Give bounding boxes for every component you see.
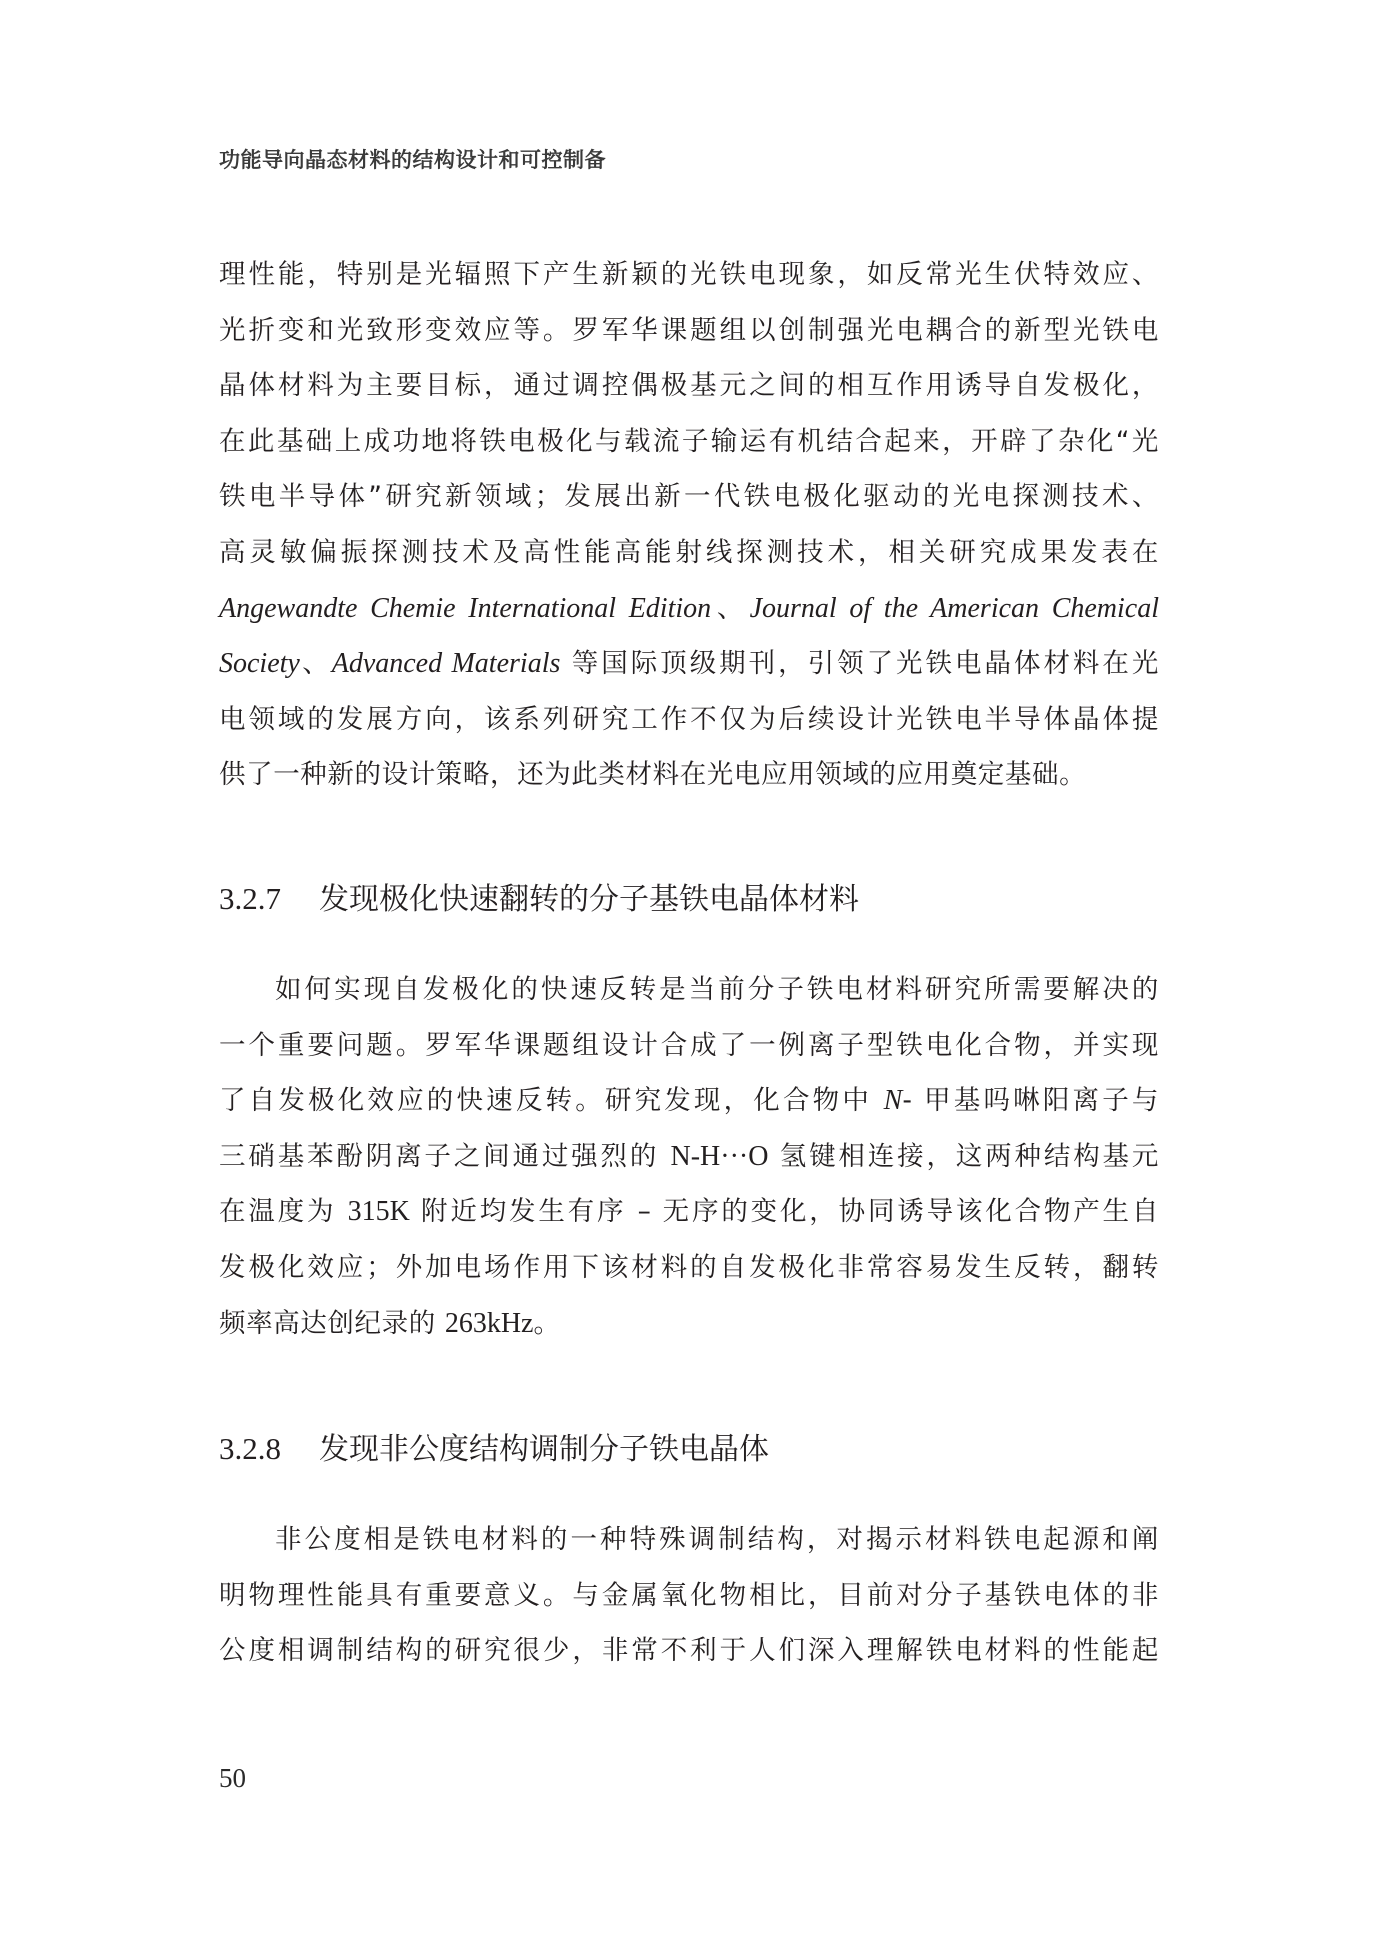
text-line: 供了一种新的设计策略，还为此类材料在光电应用领域的应用奠定基础。 — [219, 747, 1159, 803]
cjk-text: 明物理性能具有重要意义。与金属氧化物相比，目前对分子基铁电体的非 — [219, 1580, 1159, 1611]
text-line: 在温度为 315K 附近均发生有序 – 无序的变化，协同诱导该化合物产生自 — [219, 1184, 1159, 1240]
section-number: 3.2.7 — [219, 881, 319, 917]
text-line: 明物理性能具有重要意义。与金属氧化物相比，目前对分子基铁电体的非 — [219, 1568, 1159, 1624]
section-3-2-8-paragraph: 非公度相是铁电材料的一种特殊调制结构，对揭示材料铁电起源和阐 明物理性能具有重要… — [219, 1512, 1159, 1679]
text-line: 高灵敏偏振探测技术及高性能高能射线探测技术，相关研究成果发表在 — [219, 525, 1159, 581]
cjk-text: 附近均发生有序 – 无序的变化，协同诱导该化合物产生自 — [410, 1196, 1159, 1227]
section-heading-3-2-7: 3.2.7发现极化快速翻转的分子基铁电晶体材料 — [219, 874, 859, 918]
section-number: 3.2.8 — [219, 1431, 319, 1467]
cjk-text: 铁电半导体”研究新领域；发展出新一代铁电极化驱动的光电探测技术、 — [219, 481, 1159, 512]
text-line: 如何实现自发极化的快速反转是当前分子铁电材料研究所需要解决的 — [219, 962, 1159, 1018]
cjk-text: 在此基础上成功地将铁电极化与载流子输运有机结合起来，开辟了杂化“光 — [219, 426, 1159, 457]
cjk-text: 公度相调制结构的研究很少，非常不利于人们深入理解铁电材料的性能起 — [219, 1635, 1159, 1666]
italic-text: N — [884, 1085, 903, 1116]
text-line: 晶体材料为主要目标，通过调控偶极基元之间的相互作用诱导自发极化， — [219, 358, 1159, 414]
text-line: 在此基础上成功地将铁电极化与载流子输运有机结合起来，开辟了杂化“光 — [219, 414, 1159, 470]
cjk-text: 、 — [300, 648, 332, 679]
italic-text: Angewandte Chemie International Edition — [219, 593, 711, 624]
cjk-text: 发极化效应；外加电场作用下该材料的自发极化非常容易发生反转，翻转 — [219, 1252, 1159, 1283]
cjk-text: 三硝基苯酚阴离子之间通过强烈的 — [219, 1141, 670, 1172]
cjk-text: 。 — [533, 1308, 560, 1339]
cjk-text: - 甲基吗啉阳离子与 — [902, 1085, 1159, 1116]
cjk-text: 电领域的发展方向，该系列研究工作不仅为后续设计光铁电半导体晶体提 — [219, 704, 1159, 735]
latin-text: 263kHz — [445, 1308, 534, 1339]
cjk-text: 一个重要问题。罗军华课题组设计合成了一例离子型铁电化合物，并实现 — [219, 1030, 1159, 1061]
cjk-text: 晶体材料为主要目标，通过调控偶极基元之间的相互作用诱导自发极化， — [219, 370, 1159, 401]
text-line: 三硝基苯酚阴离子之间通过强烈的 N-H···O 氢键相连接，这两种结构基元 — [219, 1129, 1159, 1185]
cjk-text: 等国际顶级期刊，引领了光铁电晶体材料在光 — [560, 648, 1159, 679]
cjk-text: 高灵敏偏振探测技术及高性能高能射线探测技术，相关研究成果发表在 — [219, 537, 1159, 568]
cjk-text: 在温度为 — [219, 1196, 348, 1227]
cjk-text: 氢键相连接，这两种结构基元 — [768, 1141, 1159, 1172]
text-line: Angewandte Chemie International Edition、… — [219, 581, 1159, 637]
section-3-2-7-paragraph: 如何实现自发极化的快速反转是当前分子铁电材料研究所需要解决的 一个重要问题。罗军… — [219, 962, 1159, 1351]
section-heading-3-2-8: 3.2.8发现非公度结构调制分子铁电晶体 — [219, 1424, 769, 1468]
cjk-text: 光折变和光致形变效应等。罗军华课题组以创制强光电耦合的新型光铁电 — [219, 315, 1159, 346]
latin-text: 315K — [348, 1196, 410, 1227]
cjk-text: 供了一种新的设计策略，还为此类材料在光电应用领域的应用奠定基础。 — [219, 759, 1086, 790]
italic-text: Journal of the American Chemical — [750, 593, 1159, 624]
text-line: Society、Advanced Materials 等国际顶级期刊，引领了光铁… — [219, 636, 1159, 692]
section-title: 发现非公度结构调制分子铁电晶体 — [319, 1432, 769, 1467]
text-line: 了自发极化效应的快速反转。研究发现，化合物中 N- 甲基吗啉阳离子与 — [219, 1073, 1159, 1129]
cjk-text: 非公度相是铁电材料的一种特殊调制结构，对揭示材料铁电起源和阐 — [275, 1524, 1159, 1555]
text-line: 电领域的发展方向，该系列研究工作不仅为后续设计光铁电半导体晶体提 — [219, 692, 1159, 748]
latin-text: N-H···O — [670, 1141, 768, 1172]
text-line: 铁电半导体”研究新领域；发展出新一代铁电极化驱动的光电探测技术、 — [219, 469, 1159, 525]
cjk-text: 频率高达创纪录的 — [219, 1308, 445, 1339]
running-header: 功能导向晶态材料的结构设计和可控制备 — [219, 144, 606, 174]
page-number: 50 — [219, 1763, 246, 1794]
italic-text: Society — [219, 648, 300, 679]
text-line: 发极化效应；外加电场作用下该材料的自发极化非常容易发生反转，翻转 — [219, 1240, 1159, 1296]
cjk-text: 如何实现自发极化的快速反转是当前分子铁电材料研究所需要解决的 — [275, 974, 1159, 1005]
text-line: 理性能，特别是光辐照下产生新颖的光铁电现象，如反常光生伏特效应、 — [219, 247, 1159, 303]
text-line: 一个重要问题。罗军华课题组设计合成了一例离子型铁电化合物，并实现 — [219, 1018, 1159, 1074]
section-title: 发现极化快速翻转的分子基铁电晶体材料 — [319, 882, 859, 917]
text-line: 公度相调制结构的研究很少，非常不利于人们深入理解铁电材料的性能起 — [219, 1623, 1159, 1679]
text-line: 光折变和光致形变效应等。罗军华课题组以创制强光电耦合的新型光铁电 — [219, 303, 1159, 359]
text-line: 频率高达创纪录的 263kHz。 — [219, 1296, 1159, 1352]
book-page: 功能导向晶态材料的结构设计和可控制备 理性能，特别是光辐照下产生新颖的光铁电现象… — [0, 0, 1386, 1937]
cjk-text: 了自发极化效应的快速反转。研究发现，化合物中 — [219, 1085, 884, 1116]
cjk-text: 理性能，特别是光辐照下产生新颖的光铁电现象，如反常光生伏特效应、 — [219, 259, 1159, 290]
text-line: 非公度相是铁电材料的一种特殊调制结构，对揭示材料铁电起源和阐 — [219, 1512, 1159, 1568]
italic-text: Advanced Materials — [332, 648, 561, 679]
paragraph-continued: 理性能，特别是光辐照下产生新颖的光铁电现象，如反常光生伏特效应、 光折变和光致形… — [219, 247, 1159, 803]
cjk-text: 、 — [711, 593, 749, 624]
